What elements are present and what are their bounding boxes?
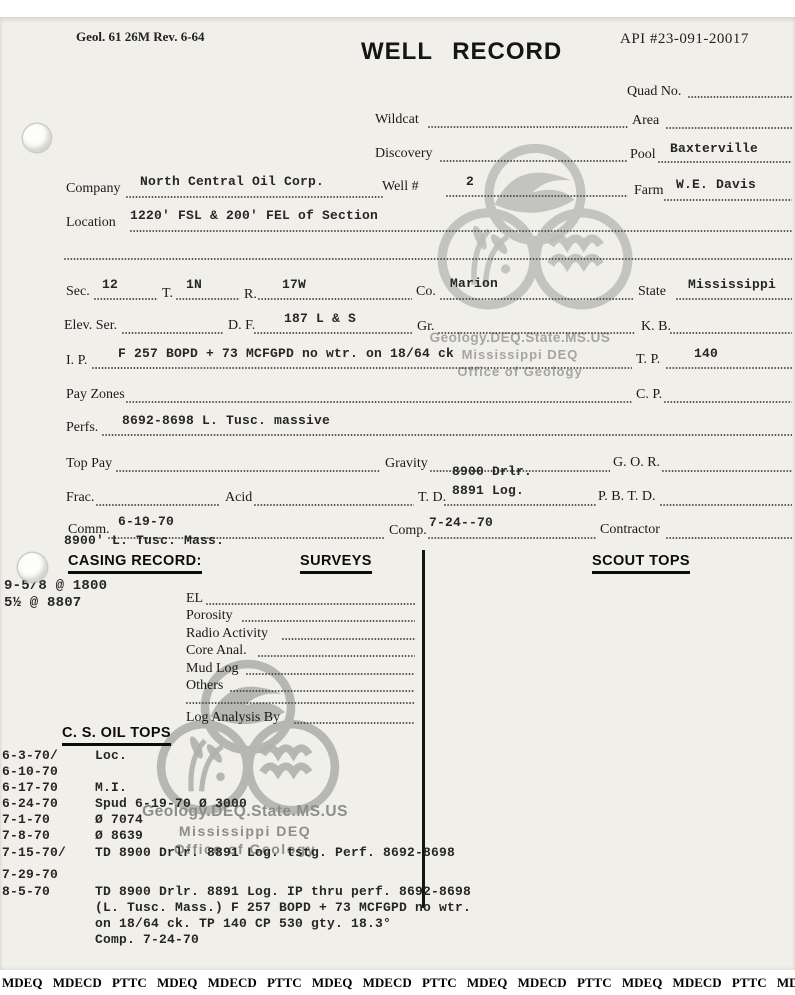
dotted-line [666,367,792,369]
value-td-driller: 8900 Drlr. [452,464,532,479]
label-well-no: Well # [382,179,419,195]
label-farm: Farm [634,183,664,199]
dotted-line [254,332,412,334]
label-company: Company [66,181,120,197]
dotted-line [126,196,384,198]
value-perfs: 8692-8698 L. Tusc. massive [122,413,330,428]
label-pay-zones: Pay Zones [66,387,125,403]
oil-top-entry: TD 8900 Drlr. 8891 Log. tstg. Perf. 8692… [95,845,455,860]
watermark-org: Mississippi DEQ [179,823,311,839]
label-area: Area [632,113,659,129]
dotted-line [230,690,415,692]
label-wildcat: Wildcat [375,112,419,128]
api-number: API #23-091-20017 [620,31,749,48]
dotted-line [96,504,220,506]
survey-item-others: Others [186,678,223,694]
oil-top-entry: Loc. [95,748,127,763]
oil-top-entry: Ø 7074 [95,812,143,827]
dotted-line [242,620,415,622]
survey-log-analysis-by: Log Analysis By [186,710,280,726]
oil-top-entry: on 18/64 ck. TP 140 CP 530 gty. 18.3° [95,916,391,931]
scan-header-bar [0,0,795,17]
casing-entry: 5½ @ 8807 [4,595,81,611]
oil-top-date: 7-15-70/ [2,845,66,860]
value-td-log: 8891 Log. [452,483,524,498]
dotted-line [258,298,412,300]
label-top-pay: Top Pay [66,456,112,472]
label-kb: K. B. [641,319,671,335]
label-discovery: Discovery [375,146,433,162]
section-title-scout-tops: SCOUT TOPS [592,553,690,574]
label-perfs: Perfs. [66,420,98,436]
oil-top-entry: TD 8900 Drlr. 8891 Log. IP thru perf. 86… [95,884,471,899]
value-pool: Baxterville [670,141,758,156]
oil-top-date: 6-3-70/ [2,748,58,763]
dotted-line [440,298,634,300]
value-comm-date: 6-19-70 [118,514,174,529]
survey-item-radio-activity: Radio Activity [186,626,268,642]
dotted-line [664,401,792,403]
value-company: North Central Oil Corp. [140,174,324,189]
dotted-line [446,195,628,197]
oil-top-entry: Ø 8639 [95,828,143,843]
section-title-cs-oil-tops: C. S. OIL TOPS [62,725,171,746]
value-tp: 140 [694,346,718,361]
dotted-line [126,401,632,403]
label-gor: G. O. R. [613,455,660,471]
label-df: D. F. [228,318,255,334]
oil-top-date: 6-10-70 [2,764,58,779]
dotted-line [438,332,635,334]
survey-item-porosity: Porosity [186,608,233,624]
dotted-line [666,537,792,539]
watermark-org: Mississippi DEQ [462,347,579,362]
dotted-line [664,199,792,201]
label-ip: I. P. [66,353,87,369]
value-comp-date: 7-24--70 [429,515,493,530]
oil-top-date: 8-5-70 [2,884,50,899]
dotted-line [660,504,792,506]
form-title: WELL RECORD [361,38,562,66]
oil-top-entry: Comp. 7-24-70 [95,932,199,947]
label-range: R. [244,287,257,303]
section-title-surveys: SURVEYS [300,553,372,574]
dotted-line [294,722,415,724]
dotted-line [102,434,792,436]
dotted-line [258,655,415,657]
label-location: Location [66,215,116,231]
value-location: 1220' FSL & 200' FEL of Section [130,208,378,223]
dotted-line [186,702,415,704]
footer-text: MDEQ MDECD PTTC MDEQ MDECD PTTC MDEQ MDE… [2,975,795,991]
value-farm: W.E. Davis [676,177,756,192]
dotted-line [92,367,632,369]
value-comm-note: 8900' L. Tusc. Mass. [64,533,224,548]
label-tp: T. P. [636,352,660,368]
dotted-line [440,160,628,162]
dotted-line [688,96,792,98]
label-comp: Comp. [389,523,427,539]
oil-top-entry: M.I. [95,780,127,795]
dotted-line [428,537,596,539]
dotted-line [254,504,414,506]
well-record-scan: 23091200170000 : Oxy Scout Cards Mississ… [0,0,795,995]
value-df: 187 L & S [284,311,356,326]
dotted-line [428,126,628,128]
label-quad-no: Quad No. [627,84,681,100]
label-township: T. [162,286,173,302]
label-pbtd: P. B. T. D. [598,489,655,505]
oil-top-date: 6-17-70 [2,780,58,795]
oil-top-date: 7-29-70 [2,867,58,882]
section-title-casing-record: CASING RECORD: [68,553,202,574]
dotted-line [206,603,415,605]
oil-top-date: 7-1-70 [2,812,50,827]
dotted-line [246,673,415,675]
dotted-line [176,298,240,300]
survey-item-mud-log: Mud Log [186,661,239,677]
label-pool: Pool [630,147,656,163]
label-gr: Gr. [417,319,435,335]
oil-top-date: 6-24-70 [2,796,58,811]
oil-top-date: 7-8-70 [2,828,50,843]
punch-hole [18,553,47,582]
punch-hole [23,124,51,152]
value-well-no: 2 [466,174,474,189]
label-td: T. D. [418,490,446,506]
dotted-line [444,504,596,506]
label-frac: Frac. [66,490,94,506]
dotted-line [662,470,792,472]
dotted-line [666,127,792,129]
label-state: State [638,284,666,300]
dotted-line [670,332,792,334]
label-elev-ser: Elev. Ser. [64,318,117,334]
dotted-line [116,470,380,472]
label-county: Co. [416,284,436,300]
value-range: 17W [282,277,306,292]
dotted-line [658,161,792,163]
dotted-line [94,298,158,300]
dotted-line [122,332,224,334]
dotted-line [676,298,792,300]
value-ip: F 257 BOPD + 73 MCFGPD no wtr. on 18/64 … [118,346,454,361]
value-county: Marion [450,276,498,291]
value-sec: 12 [102,277,118,292]
value-state: Mississippi [688,277,776,292]
casing-entry: 9-5/8 @ 1800 [4,578,107,594]
survey-item-el: EL [186,591,203,607]
oil-top-entry: Spud 6-19-70 Ø 3000 [95,796,247,811]
label-cp: C. P. [636,387,662,403]
dotted-line [282,638,415,640]
dotted-line [130,230,792,232]
label-sec: Sec. [66,284,90,300]
dotted-line [64,258,792,260]
value-township: 1N [186,277,202,292]
oil-top-entry: (L. Tusc. Mass.) F 257 BOPD + 73 MCFGPD … [95,900,471,915]
label-contractor: Contractor [600,522,660,538]
form-revision: Geol. 61 26M Rev. 6-64 [76,29,205,45]
label-gravity: Gravity [385,456,428,472]
label-acid: Acid [225,490,252,506]
survey-item-core-anal: Core Anal. [186,643,247,659]
